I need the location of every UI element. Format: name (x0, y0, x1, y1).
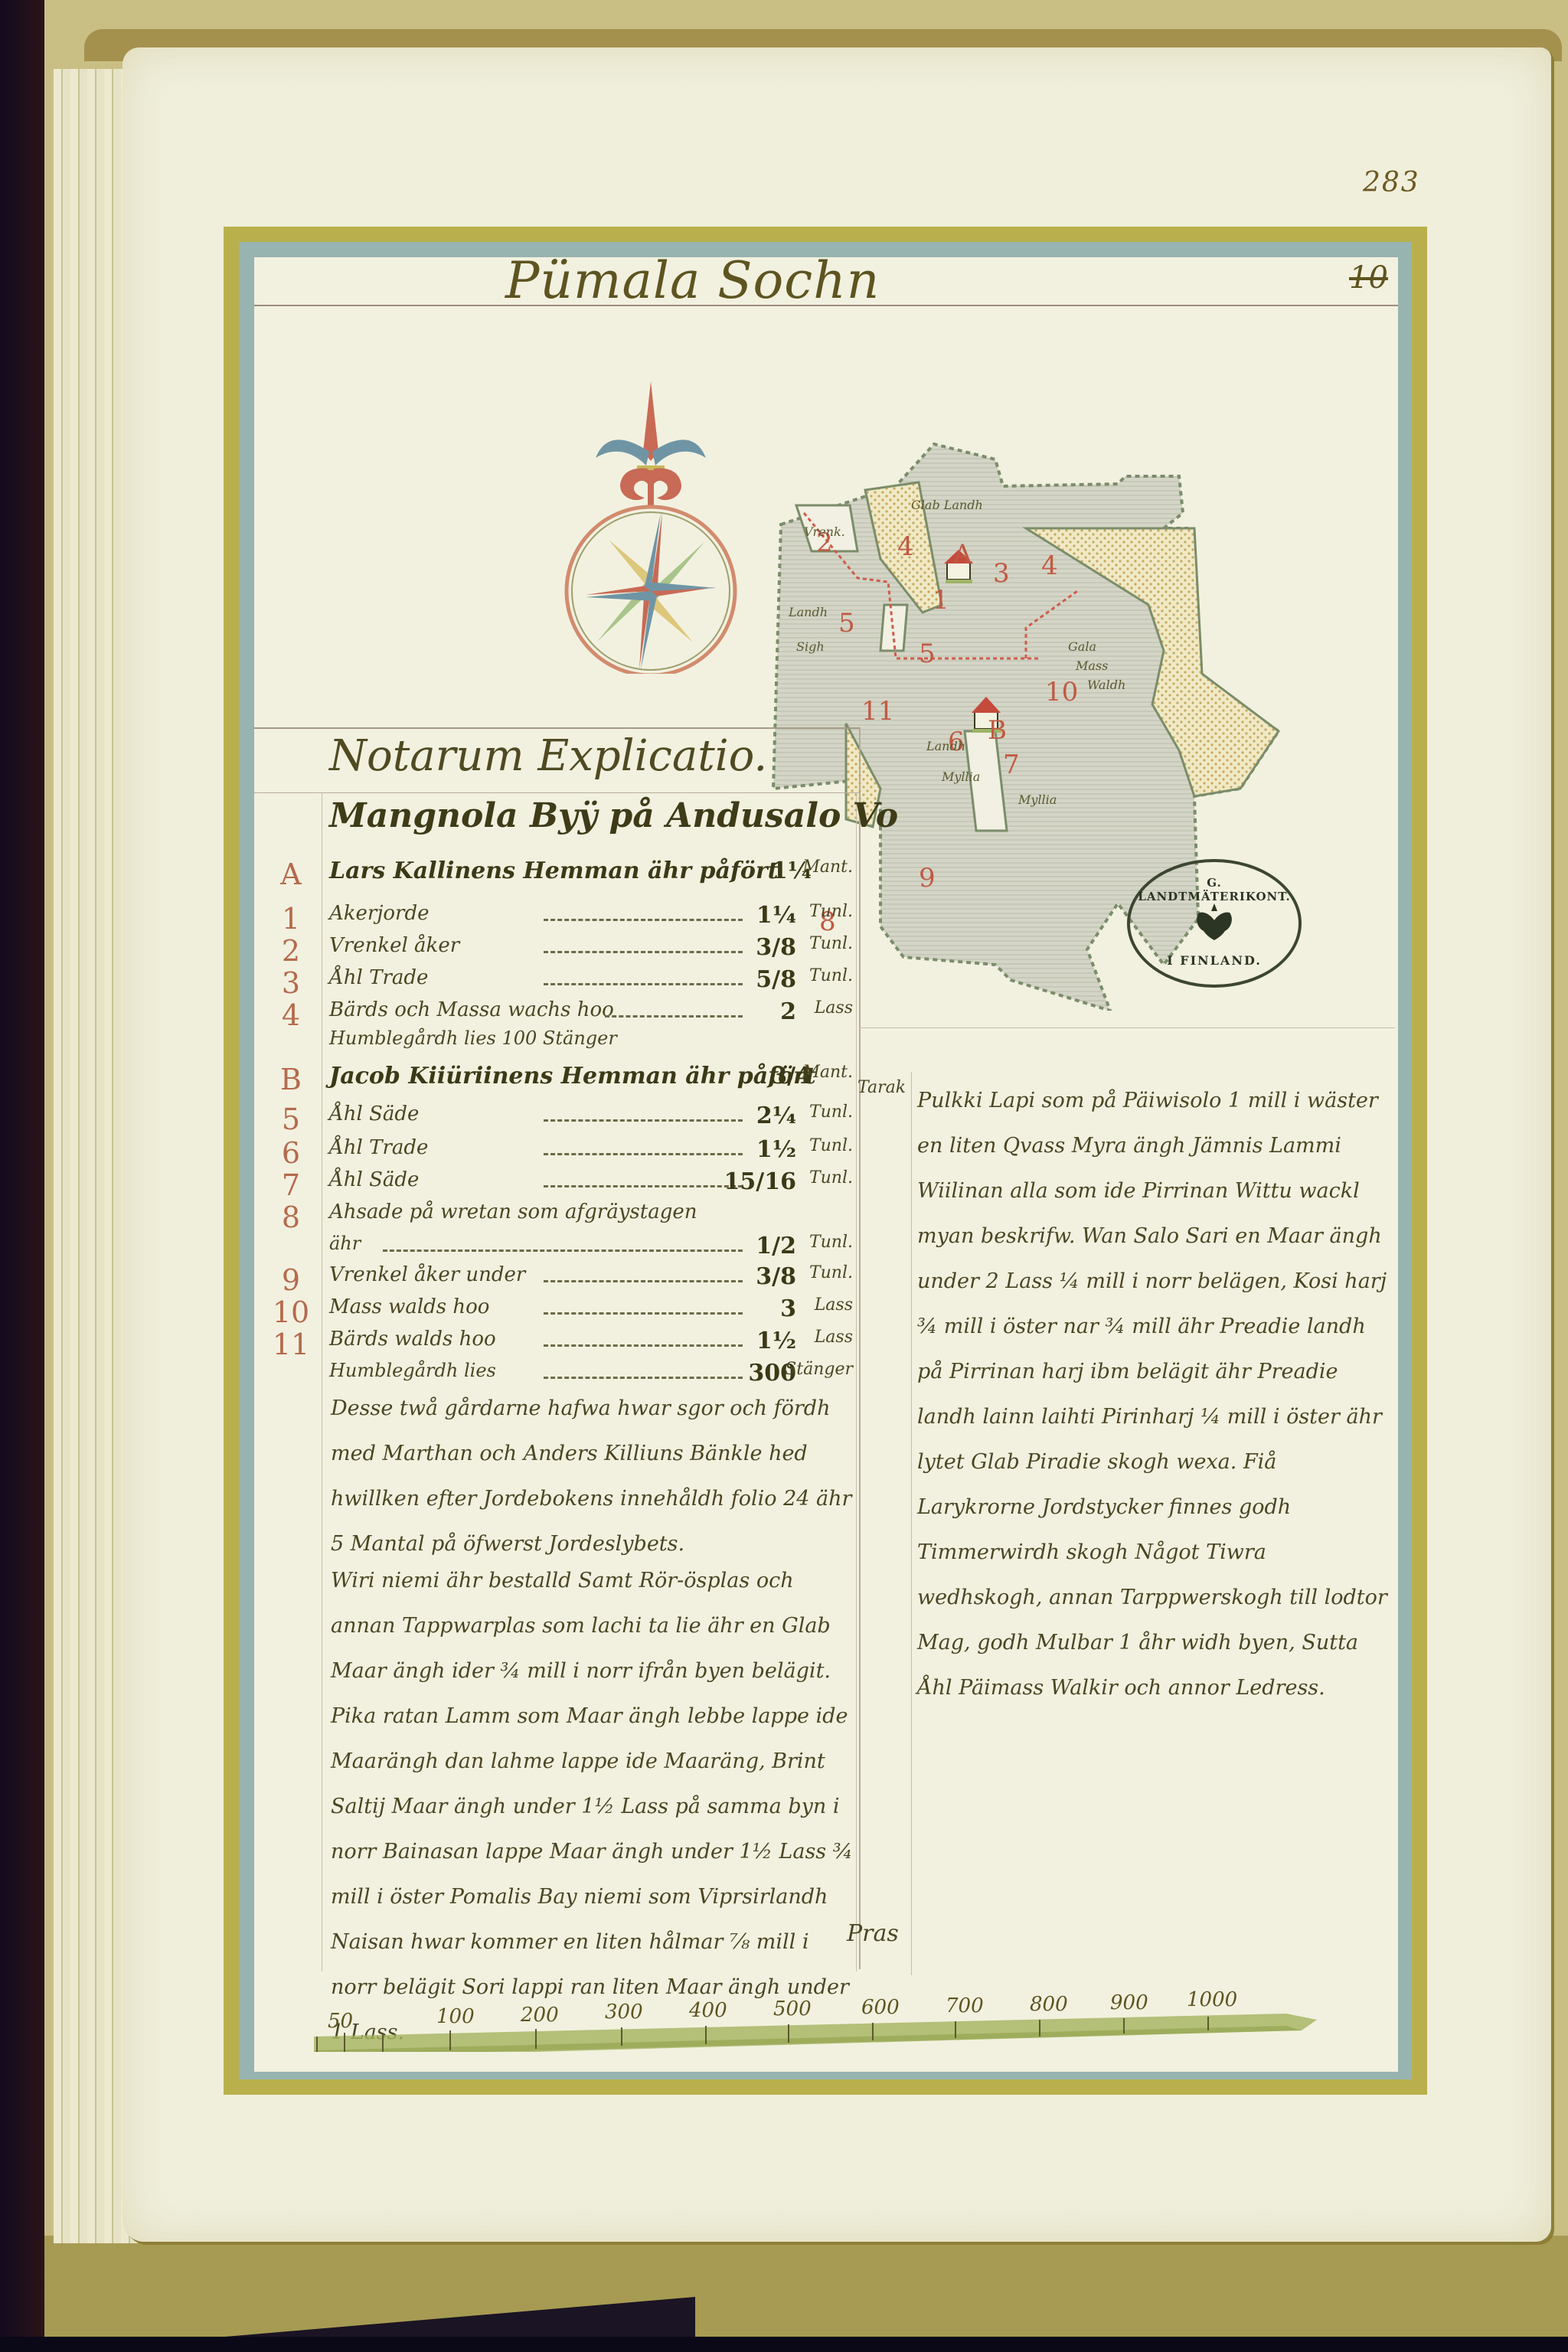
row-unit: Lass (815, 1295, 853, 1315)
row-description: Mass walds hoo (329, 1295, 489, 1318)
legend-row: B Jacob Kiiüriinens Hemman ähr påfört 3/… (268, 1063, 857, 1093)
row-value: 3 (780, 1295, 796, 1322)
svg-text:Vrenk.: Vrenk. (804, 524, 845, 539)
row-key: 1 (268, 902, 314, 936)
row-value: 15/16 (724, 1168, 796, 1195)
svg-text:B: B (988, 715, 1007, 746)
row-value: 3/8 (756, 1263, 796, 1290)
svg-text:500: 500 (773, 1998, 812, 2020)
row-unit: Mant. (802, 857, 853, 877)
row-value: 1¼ (756, 902, 796, 929)
svg-text:600: 600 (861, 1996, 900, 2019)
row-unit: Lass (815, 1328, 853, 1347)
row-key: A (268, 857, 314, 891)
row-key: 11 (268, 1328, 314, 1361)
svg-text:100: 100 (436, 2005, 475, 2028)
dotted-leader (544, 1377, 743, 1379)
row-unit: Stänger (785, 1360, 853, 1379)
svg-text:Mass: Mass (1075, 658, 1108, 673)
row-description: Bärds och Massa wachs hoo (329, 998, 614, 1021)
svg-text:10: 10 (1045, 677, 1078, 707)
row-description: Ahsade på wretan som afgräystagen (329, 1200, 697, 1223)
svg-text:4: 4 (897, 531, 914, 562)
row-key: 8 (268, 1200, 314, 1234)
row-key: B (268, 1063, 314, 1096)
dotted-leader (544, 951, 743, 953)
dotted-leader (544, 1312, 743, 1315)
legend-title: Notarum Explicatio. (329, 731, 767, 781)
svg-text:A: A (952, 539, 972, 570)
row-unit: Tunl. (809, 1263, 853, 1282)
svg-text:400: 400 (688, 1999, 727, 2022)
row-description: ähr (329, 1233, 361, 1254)
svg-text:1: 1 (933, 585, 949, 616)
dotted-leader (544, 983, 743, 985)
svg-text:Landh: Landh (926, 739, 965, 753)
legend-row: 6 Åhl Trade 1½ Tunl. (268, 1136, 857, 1167)
row-value: 1½ (756, 1328, 796, 1354)
svg-text:Landh: Landh (788, 605, 828, 619)
svg-text:3: 3 (993, 558, 1010, 589)
row-description: Vrenkel åker under (329, 1263, 525, 1286)
row-description: Åhl Trade (329, 966, 428, 989)
legend-rule (254, 792, 859, 793)
dotted-leader (544, 1185, 743, 1187)
row-unit: Mant. (802, 1063, 853, 1082)
row-key: 7 (268, 1168, 314, 1202)
legend-row: 1 Akerjorde 1¼ Tunl. (268, 902, 857, 933)
row-description: Åhl Säde (329, 1168, 419, 1191)
stamp-top-text: G. LANDTMÄTERIKONT. (1130, 876, 1298, 903)
row-key: 10 (268, 1295, 314, 1329)
stamp-bottom-text: I FINLAND. (1130, 953, 1298, 968)
row-description: Jacob Kiiüriinens Hemman ähr påfört (329, 1063, 816, 1089)
svg-text:Gala: Gala (1068, 639, 1096, 654)
row-value: 5/8 (756, 966, 796, 993)
row-value: 1½ (756, 1136, 796, 1163)
legend-row: 11 Bärds walds hoo 1½ Lass (268, 1328, 857, 1358)
svg-text:900: 900 (1110, 1991, 1148, 2014)
legend-row: 8 Ahsade på wretan som afgräystagen (268, 1200, 857, 1231)
background-shadow (0, 0, 44, 2352)
sheet-number: 10 (1349, 260, 1388, 296)
row-unit: Tunl. (809, 902, 853, 921)
surveyor-signature: Pras (847, 1920, 899, 1947)
row-description: Akerjorde (329, 902, 430, 925)
compass-rose-icon (551, 375, 750, 674)
dotted-leader (544, 1280, 743, 1282)
legend-row: 5 Åhl Säde 2¼ Tunl. (268, 1102, 857, 1133)
column-rule (859, 1027, 1395, 1028)
svg-text:200: 200 (520, 2004, 559, 2027)
legend-row: 7 Åhl Säde 15/16 Tunl. (268, 1168, 857, 1199)
legend-subtitle: Mangnola Byÿ på Andusalo Vo (329, 796, 898, 835)
row-value: 1/2 (756, 1233, 796, 1259)
background-edge (0, 2337, 1568, 2352)
legend-row: Humblegårdh lies 100 Stänger (268, 1027, 857, 1058)
description-paragraph: Desse twå gårdarne hafwa hwar sgor och f… (331, 1386, 859, 1566)
row-unit: Tunl. (809, 1102, 853, 1122)
svg-text:11: 11 (861, 696, 894, 727)
map-title: Pümala Sochn (505, 251, 880, 310)
row-description: Åhl Trade (329, 1136, 428, 1159)
svg-text:Myllia: Myllia (941, 769, 980, 784)
legend-row: 3 Åhl Trade 5/8 Tunl. (268, 966, 857, 997)
row-description: Bärds walds hoo (329, 1328, 496, 1351)
row-unit: Tunl. (809, 1168, 853, 1187)
dotted-leader (544, 1119, 743, 1122)
row-key: 9 (268, 1263, 314, 1297)
svg-text:Waldh: Waldh (1087, 678, 1125, 692)
svg-text:7: 7 (1003, 750, 1020, 780)
svg-text:9: 9 (919, 863, 936, 893)
svg-text:700: 700 (946, 1994, 984, 2017)
row-unit: Tunl. (809, 966, 853, 985)
svg-text:4: 4 (1041, 550, 1058, 581)
title-rule (254, 305, 1398, 306)
legend-row: 4 Bärds och Massa wachs hoo 2 Lass (268, 998, 857, 1029)
row-key: 6 (268, 1136, 314, 1170)
margin-note: Tarak (857, 1078, 906, 1097)
legend-row: 2 Vrenkel åker 3/8 Tunl. (268, 934, 857, 965)
row-key: 3 (268, 966, 314, 1000)
column-rule (911, 1072, 912, 1975)
row-description: Humblegårdh lies (329, 1360, 496, 1381)
row-unit: Tunl. (809, 934, 853, 953)
scale-bar: 50 100 200 300 400 500 600 700 800 900 1… (306, 1983, 1317, 2052)
legend-row: A Lars Kallinens Hemman ähr påfört 1¼ Ma… (268, 857, 857, 888)
legend-row: 9 Vrenkel åker under 3/8 Tunl. (268, 1263, 857, 1294)
row-unit: Tunl. (809, 1136, 853, 1155)
legend-row: 10 Mass walds hoo 3 Lass (268, 1295, 857, 1326)
svg-text:Myllia: Myllia (1018, 792, 1057, 807)
svg-text:800: 800 (1030, 1993, 1068, 2016)
description-paragraph: Pulkki Lapi som på Päiwisolo 1 mill i wä… (917, 1078, 1392, 1710)
legend-row: ähr 1/2 Tunl. (268, 1233, 857, 1263)
svg-text:Glab Landh: Glab Landh (911, 498, 983, 512)
row-description: Lars Kallinens Hemman ähr påfört (329, 857, 779, 884)
svg-text:1000: 1000 (1187, 1988, 1237, 2011)
dotted-leader (544, 919, 743, 921)
dotted-leader (544, 1153, 743, 1155)
svg-text:Sigh: Sigh (796, 639, 825, 654)
row-key: 2 (268, 934, 314, 968)
svg-text:300: 300 (605, 2001, 643, 2024)
dotted-leader (605, 1015, 743, 1018)
row-key: 5 (268, 1102, 314, 1136)
row-description: Humblegårdh lies 100 Stänger (329, 1027, 617, 1049)
svg-text:50: 50 (328, 2010, 353, 2033)
page-number: 283 (1363, 167, 1420, 198)
row-unit: Lass (815, 998, 853, 1018)
row-unit: Tunl. (809, 1233, 853, 1252)
description-paragraph: Wiri niemi ähr bestalld Samt Rör-ösplas … (331, 1558, 859, 2055)
row-value: 2 (780, 998, 796, 1025)
row-value: 2¼ (756, 1102, 796, 1129)
dotted-leader (544, 1344, 743, 1347)
row-description: Åhl Säde (329, 1102, 419, 1125)
row-description: Vrenkel åker (329, 934, 459, 957)
dotted-leader (383, 1249, 743, 1252)
row-value: 3/8 (756, 934, 796, 961)
svg-text:5: 5 (919, 639, 936, 669)
svg-text:5: 5 (838, 608, 855, 639)
archive-stamp: G. LANDTMÄTERIKONT. I FINLAND. (1127, 859, 1302, 988)
double-headed-eagle-icon (1191, 900, 1237, 942)
